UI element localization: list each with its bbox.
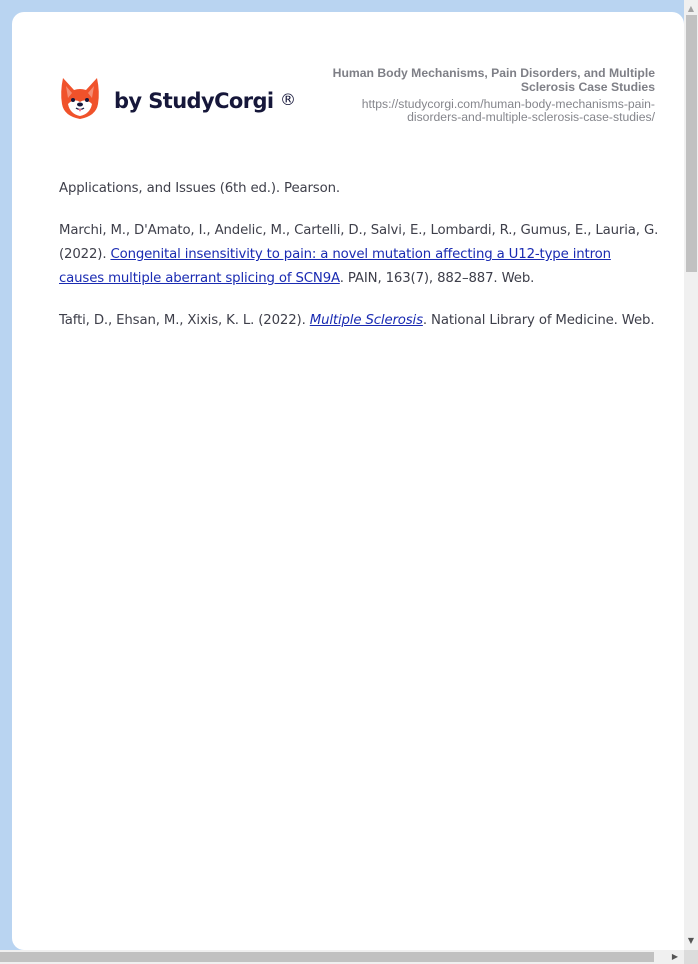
reference-text: . National Library of Medicine. Web. (423, 313, 655, 328)
logo-wordmark: by StudyCorgi (114, 89, 274, 113)
reference-text: Tafti, D., Ehsan, M., Xixis, K. L. (2022… (59, 313, 310, 328)
scroll-down-arrow-icon[interactable]: ▼ (684, 934, 698, 948)
document-url[interactable]: https://studycorgi.com/human-body-mechan… (315, 98, 655, 124)
reference-text: Applications, and Issues (6th ed.). Pear… (59, 181, 340, 196)
reference-item: Tafti, D., Ehsan, M., Xixis, K. L. (2022… (59, 309, 659, 333)
document-page: by StudyCorgi ® Human Body Mechanisms, P… (12, 12, 684, 950)
document-title: Human Body Mechanisms, Pain Disorders, a… (315, 66, 655, 94)
vertical-scroll-thumb[interactable] (686, 15, 697, 272)
horizontal-scroll-thumb[interactable] (0, 952, 654, 962)
references-list: Applications, and Issues (6th ed.). Pear… (59, 177, 659, 351)
scroll-up-arrow-icon[interactable]: ▲ (684, 2, 698, 16)
horizontal-scrollbar[interactable]: ▶ (0, 950, 684, 964)
document-header: Human Body Mechanisms, Pain Disorders, a… (315, 66, 655, 124)
reference-text: . PAIN, 163(7), 882–887. Web. (340, 271, 534, 286)
reference-item: Applications, and Issues (6th ed.). Pear… (59, 177, 659, 201)
reference-item: Marchi, M., D'Amato, I., Andelic, M., Ca… (59, 219, 659, 291)
vertical-scrollbar[interactable]: ▲ ▼ (684, 0, 698, 950)
corgi-logo-icon (60, 76, 100, 120)
registered-mark: ® (280, 90, 296, 109)
studycorgi-logo[interactable]: by StudyCorgi ® (60, 76, 274, 120)
reference-link[interactable]: Multiple Sclerosis (310, 313, 423, 328)
scrollbar-corner (684, 950, 698, 964)
scroll-right-arrow-icon[interactable]: ▶ (668, 950, 682, 964)
